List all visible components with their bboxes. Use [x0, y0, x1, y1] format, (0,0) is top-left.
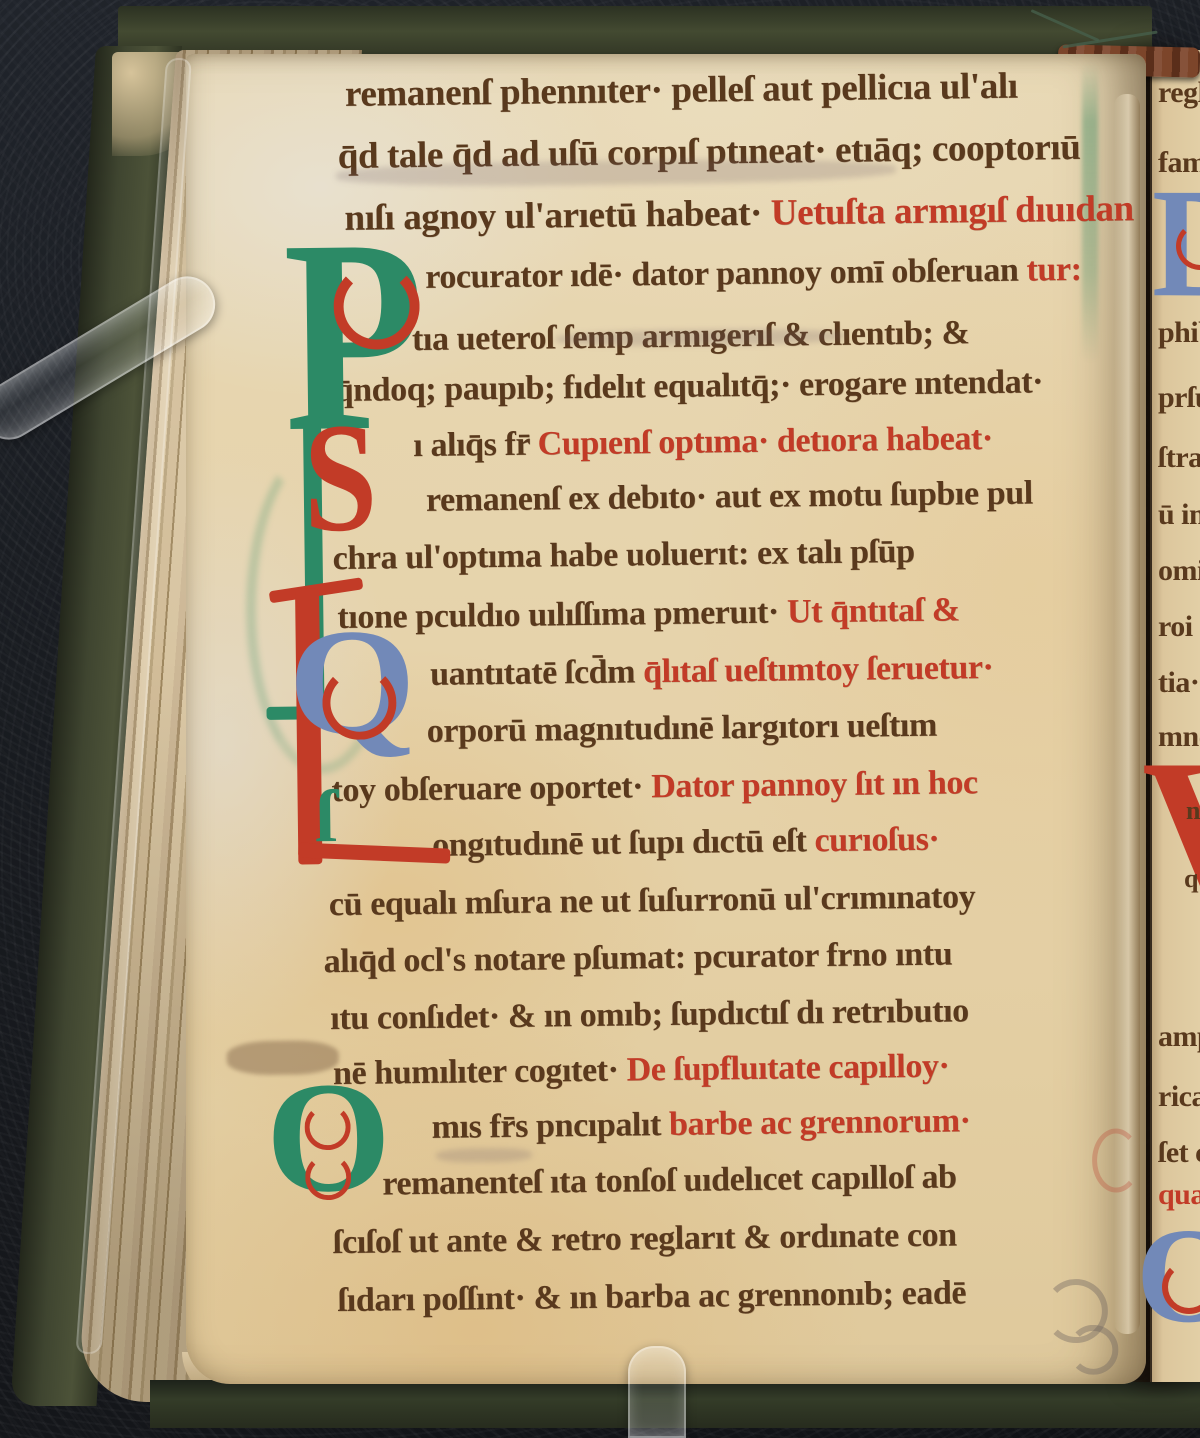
facing-page-text-fragment: tia· co [1158, 668, 1200, 698]
facing-page-text-fragment: prſus [1158, 383, 1200, 413]
plastic-clip-bottom [628, 1346, 686, 1438]
facing-page-text-fragment: fame [1158, 148, 1200, 178]
facing-page-text-fragment: rican [1158, 1082, 1200, 1112]
facing-page-text-fragment: mnd [1158, 722, 1200, 752]
facing-page-text-fragment: phiber [1158, 318, 1200, 348]
facing-page-text-fragment: n [1186, 798, 1200, 824]
facing-page-text-fragment: ampli [1158, 1022, 1200, 1052]
facing-page-text-fragment: ſet cu [1158, 1138, 1200, 1168]
facing-page-text-fragment: ū imo [1158, 500, 1200, 530]
facing-page-text-fragment: ſtra & [1158, 443, 1200, 473]
facing-page-text-fragment: omino [1158, 556, 1200, 586]
manuscript-photo-scene: remanenſ phennıter· pelleſ aut pellicıa … [0, 0, 1200, 1438]
facing-page-text-fragment: qual [1158, 1180, 1200, 1210]
facing-page-text-fragment: regla [1158, 78, 1200, 108]
facing-page-text-fragment: q [1184, 866, 1198, 892]
facing-page-text-fragment: roi m [1158, 612, 1200, 642]
